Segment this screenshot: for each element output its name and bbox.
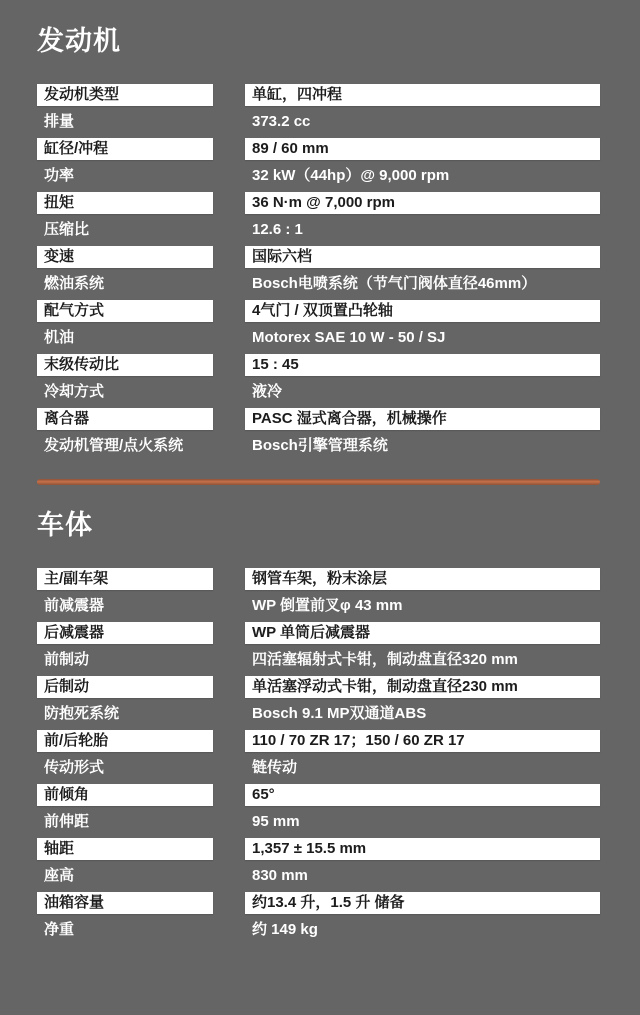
spec-row: 配气方式4气门 / 双顶置凸轮轴 [37, 300, 600, 322]
section-engine: 发动机 发动机类型单缸，四冲程排量373.2 cc缸径/冲程89 / 60 mm… [37, 26, 600, 457]
spec-label: 前减震器 [37, 595, 213, 617]
spec-row: 主/副车架钢管车架，粉末涂层 [37, 568, 600, 590]
section-divider-line [37, 479, 600, 485]
section-chassis: 车体 主/副车架钢管车架，粉末涂层前减震器WP 倒置前叉φ 43 mm后减震器W… [37, 510, 600, 941]
spec-label: 功率 [37, 165, 213, 187]
spec-value: Bosch 9.1 MP双通道ABS [245, 703, 600, 725]
spec-row: 排量373.2 cc [37, 111, 600, 133]
spec-label: 净重 [37, 919, 213, 941]
spec-label: 发动机管理/点火系统 [37, 435, 213, 457]
spec-value: 36 N·m @ 7,000 rpm [245, 192, 600, 214]
spec-label: 发动机类型 [37, 84, 213, 106]
spec-value: 约13.4 升，1.5 升 储备 [245, 892, 600, 914]
spec-value: 液冷 [245, 381, 600, 403]
spec-value: 32 kW（44hp）@ 9,000 rpm [245, 165, 600, 187]
spec-value: Bosch电喷系统（节气门阀体直径46mm） [245, 273, 600, 295]
spec-row: 前伸距95 mm [37, 811, 600, 833]
spec-label: 前伸距 [37, 811, 213, 833]
spec-row: 前制动四活塞辐射式卡钳，制动盘直径320 mm [37, 649, 600, 671]
spec-row: 扭矩36 N·m @ 7,000 rpm [37, 192, 600, 214]
spec-value: 65° [245, 784, 600, 806]
spec-row: 前倾角65° [37, 784, 600, 806]
spec-value: 89 / 60 mm [245, 138, 600, 160]
spec-row: 燃油系统Bosch电喷系统（节气门阀体直径46mm） [37, 273, 600, 295]
spec-label: 末级传动比 [37, 354, 213, 376]
spec-label: 前倾角 [37, 784, 213, 806]
spec-row: 防抱死系统Bosch 9.1 MP双通道ABS [37, 703, 600, 725]
spec-label: 后制动 [37, 676, 213, 698]
spec-label: 排量 [37, 111, 213, 133]
spec-value: WP 倒置前叉φ 43 mm [245, 595, 600, 617]
chassis-section-title: 车体 [37, 510, 600, 540]
spec-value: 单活塞浮动式卡钳，制动盘直径230 mm [245, 676, 600, 698]
spec-value: 国际六档 [245, 246, 600, 268]
spec-label: 防抱死系统 [37, 703, 213, 725]
spec-value: 四活塞辐射式卡钳，制动盘直径320 mm [245, 649, 600, 671]
spec-row: 净重约 149 kg [37, 919, 600, 941]
spec-value: 110 / 70 ZR 17；150 / 60 ZR 17 [245, 730, 600, 752]
spec-row: 后制动单活塞浮动式卡钳，制动盘直径230 mm [37, 676, 600, 698]
spec-row: 变速国际六档 [37, 246, 600, 268]
spec-value: 1,357 ± 15.5 mm [245, 838, 600, 860]
spec-row: 发动机管理/点火系统Bosch引擎管理系统 [37, 435, 600, 457]
spec-row: 冷却方式液冷 [37, 381, 600, 403]
spec-row: 后减震器WP 单筒后减震器 [37, 622, 600, 644]
spec-sheet-page: 发动机 发动机类型单缸，四冲程排量373.2 cc缸径/冲程89 / 60 mm… [0, 0, 640, 1015]
spec-row: 传动形式链传动 [37, 757, 600, 779]
spec-label: 座高 [37, 865, 213, 887]
spec-value: 单缸，四冲程 [245, 84, 600, 106]
spec-label: 变速 [37, 246, 213, 268]
spec-label: 压缩比 [37, 219, 213, 241]
spec-label: 燃油系统 [37, 273, 213, 295]
spec-value: PASC 湿式离合器，机械操作 [245, 408, 600, 430]
spec-row: 功率32 kW（44hp）@ 9,000 rpm [37, 165, 600, 187]
spec-row: 轴距1,357 ± 15.5 mm [37, 838, 600, 860]
spec-value: 钢管车架，粉末涂层 [245, 568, 600, 590]
spec-row: 发动机类型单缸，四冲程 [37, 84, 600, 106]
spec-row: 末级传动比15 : 45 [37, 354, 600, 376]
spec-row: 前/后轮胎110 / 70 ZR 17；150 / 60 ZR 17 [37, 730, 600, 752]
spec-label: 机油 [37, 327, 213, 349]
spec-value: 约 149 kg [245, 919, 600, 941]
spec-row: 压缩比12.6 : 1 [37, 219, 600, 241]
spec-row: 机油Motorex SAE 10 W - 50 / SJ [37, 327, 600, 349]
spec-row: 油箱容量约13.4 升，1.5 升 储备 [37, 892, 600, 914]
spec-label: 主/副车架 [37, 568, 213, 590]
spec-value: Motorex SAE 10 W - 50 / SJ [245, 327, 600, 349]
spec-row: 座高830 mm [37, 865, 600, 887]
spec-label: 缸径/冲程 [37, 138, 213, 160]
spec-label: 油箱容量 [37, 892, 213, 914]
spec-value: 830 mm [245, 865, 600, 887]
spec-value: Bosch引擎管理系统 [245, 435, 600, 457]
spec-row: 缸径/冲程89 / 60 mm [37, 138, 600, 160]
spec-label: 传动形式 [37, 757, 213, 779]
spec-value: 链传动 [245, 757, 600, 779]
spec-value: 4气门 / 双顶置凸轮轴 [245, 300, 600, 322]
spec-row: 前减震器WP 倒置前叉φ 43 mm [37, 595, 600, 617]
spec-label: 前/后轮胎 [37, 730, 213, 752]
spec-label: 轴距 [37, 838, 213, 860]
spec-value: WP 单筒后减震器 [245, 622, 600, 644]
chassis-spec-table: 主/副车架钢管车架，粉末涂层前减震器WP 倒置前叉φ 43 mm后减震器WP 单… [37, 568, 600, 941]
engine-section-title: 发动机 [37, 26, 600, 56]
spec-label: 配气方式 [37, 300, 213, 322]
spec-label: 前制动 [37, 649, 213, 671]
spec-value: 15 : 45 [245, 354, 600, 376]
spec-label: 扭矩 [37, 192, 213, 214]
engine-spec-table: 发动机类型单缸，四冲程排量373.2 cc缸径/冲程89 / 60 mm功率32… [37, 84, 600, 457]
spec-label: 后减震器 [37, 622, 213, 644]
spec-row: 离合器PASC 湿式离合器，机械操作 [37, 408, 600, 430]
spec-label: 冷却方式 [37, 381, 213, 403]
spec-value: 95 mm [245, 811, 600, 833]
spec-value: 373.2 cc [245, 111, 600, 133]
spec-value: 12.6 : 1 [245, 219, 600, 241]
spec-label: 离合器 [37, 408, 213, 430]
